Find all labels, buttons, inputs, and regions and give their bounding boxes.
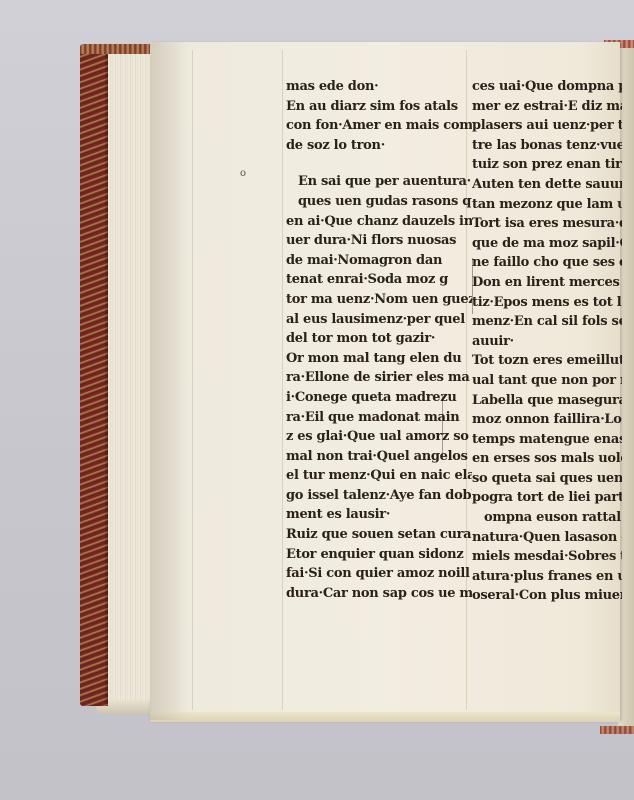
text-line: de mai·Nomagron dan (286, 251, 472, 271)
text-line: de soz lo tron· (286, 136, 472, 156)
text-line: ne faillo cho que ses chai· (472, 253, 622, 273)
text-line: mas ede don· (286, 77, 472, 97)
text-line: mal non trai·Quel angelos (286, 447, 472, 467)
text-line: tiz·Epos mens es tot lonia (472, 293, 622, 313)
text-line: plasers aui uenz·per tal qu (472, 116, 622, 136)
text-line: al eus lausimenz·per quel (286, 310, 472, 330)
text-line: Tot tozn eres emeilluta·Es (472, 351, 622, 371)
text-line: ment es lausir· (286, 505, 472, 525)
text-line: ques uen gudas rasons qui (286, 192, 472, 212)
text-line: ra·Ellone de sirier eles ma (286, 368, 472, 388)
text-line: ra·Eil que madonat main (286, 408, 472, 428)
text-line: ompna euson rattal (472, 508, 622, 528)
leather-binding-top (80, 44, 158, 54)
text-line: tuiz son prez enan tir· (472, 155, 622, 175)
text-line: en erses sos mals uolez·per (472, 449, 622, 469)
text-line: natura·Quen lasason que (472, 528, 622, 548)
text-line: dura·Car non sap cos ue m (286, 584, 472, 604)
text-line: mer ez estrai·E diz manu (472, 97, 622, 117)
text-line: en ai·Que chanz dauzels in (286, 212, 472, 232)
text-line: Ruiz que souen setan cura· (286, 525, 472, 545)
text-line: Tort isa eres mesura·quenir (472, 214, 622, 234)
text-line: z es glai·Que ual amorz so (286, 427, 472, 447)
text-line: Or mon mal tang elen du (286, 349, 472, 369)
text-line: so queta sai ques uenz·Nom (472, 469, 622, 489)
text-line: con fon·Amer en mais come (286, 116, 472, 136)
text-line: moz onnon faillira·Lones (472, 410, 622, 430)
text-line: Don en lirent merces cancer (472, 273, 622, 293)
text-line: go issel talenz·Aye fan dobla (286, 486, 472, 506)
text-line: i·Conege queta madrezu (286, 388, 472, 408)
text-column-right: ces uai·Que dompna pro mer ez estrai·E d… (472, 77, 622, 606)
text-column-left: mas ede don· En au diarz sim fos atals c… (286, 77, 472, 603)
text-line: tor ma uenz·Nom uen guez (286, 290, 472, 310)
text-line: del tor mon tot gazir· (286, 329, 472, 349)
text-line: Auten ten dette sauura·pre (472, 175, 622, 195)
text-line: Etor enquier quan sidonz (286, 545, 472, 565)
text-line: auuir· (472, 332, 622, 352)
text-line: fai·Si con quier amoz noill (286, 564, 472, 584)
text-line: temps matengue enassa·Es (472, 430, 622, 450)
text-line: En sai que per auentura· (286, 172, 472, 192)
text-line: miels mesdai·Sobres tota cr (472, 547, 622, 567)
text-line: Labella que masegura·desa (472, 391, 622, 411)
text-line: el tur menz·Qui en naic ela (286, 466, 472, 486)
text-line: ces uai·Que dompna pro (472, 77, 622, 97)
text-line: que de ma moz sapil·Quel (472, 234, 622, 254)
text-line: menz·En cal sil fols seuel (472, 312, 622, 332)
text-line: ual tant que non por mai· (472, 371, 622, 391)
text-line: tan mezonz que lam uil bai· (472, 195, 622, 215)
leather-binding-spine (80, 46, 108, 706)
text-line: tre las bonas tenz·vueilla (472, 136, 622, 156)
gutter-shadow (150, 42, 190, 720)
text-line: oseral·Con plus miuentres coi (472, 586, 622, 606)
text-line: pogra tort de liei partir· (472, 488, 622, 508)
text-line: En au diarz sim fos atals (286, 97, 472, 117)
text-line: atura·plus franes en uos uos (472, 567, 622, 587)
right-binding-bottom (600, 726, 634, 734)
margin-note: o (240, 168, 246, 179)
folio-bottom-edge (150, 712, 620, 722)
ruling-line-left (192, 50, 193, 710)
text-line: uer dura·Ni flors nuosas (286, 231, 472, 251)
text-line: tenat enrai·Soda moz g (286, 270, 472, 290)
ruling-line-col-left (282, 50, 283, 710)
